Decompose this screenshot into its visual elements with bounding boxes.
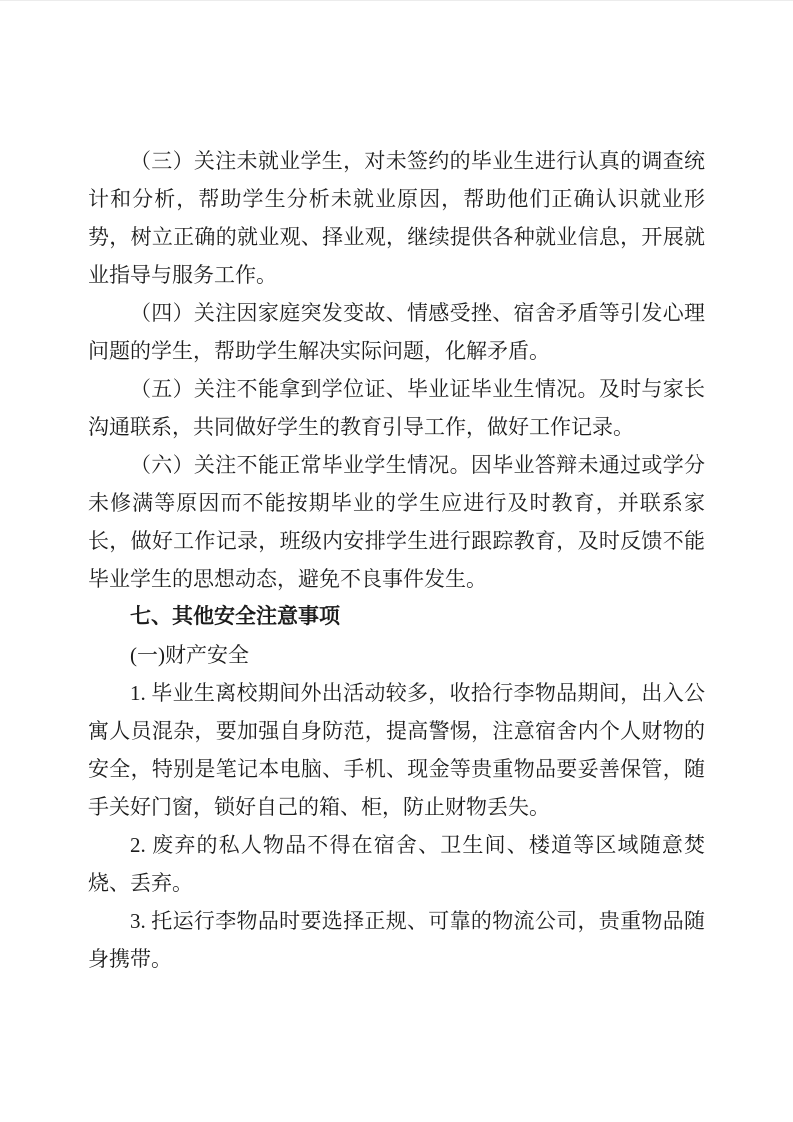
- numbered-item-2-discarded-items: 2. 废弃的私人物品不得在宿舍、卫生间、楼道等区域随意焚烧、丢弃。: [88, 826, 705, 902]
- document-body: （三）关注未就业学生，对未签约的毕业生进行认真的调查统计和分析，帮助学生分析未就…: [88, 142, 705, 978]
- subsection-heading-property-safety: (一)财产安全: [88, 636, 705, 674]
- section-heading-other-safety-notes: 七、其他安全注意事项: [88, 598, 705, 636]
- paragraph-psychological-issues: （四）关注因家庭突发变故、情感受挫、宿舍矛盾等引发心理问题的学生，帮助学生解决实…: [88, 294, 705, 370]
- numbered-item-1-dorm-valuables: 1. 毕业生离校期间外出活动较多，收拾行李物品期间，出入公寓人员混杂，要加强自身…: [88, 674, 705, 826]
- paragraph-unemployed-students: （三）关注未就业学生，对未签约的毕业生进行认真的调查统计和分析，帮助学生分析未就…: [88, 142, 705, 294]
- paragraph-delayed-graduation-students: （六）关注不能正常毕业学生情况。因毕业答辩未通过或学分未修满等原因而不能按期毕业…: [88, 446, 705, 598]
- document-page: （三）关注未就业学生，对未签约的毕业生进行认真的调查统计和分析，帮助学生分析未就…: [0, 0, 793, 1122]
- paragraph-no-diploma-students: （五）关注不能拿到学位证、毕业证毕业生情况。及时与家长沟通联系，共同做好学生的教…: [88, 370, 705, 446]
- numbered-item-3-luggage-shipping: 3. 托运行李物品时要选择正规、可靠的物流公司，贵重物品随身携带。: [88, 902, 705, 978]
